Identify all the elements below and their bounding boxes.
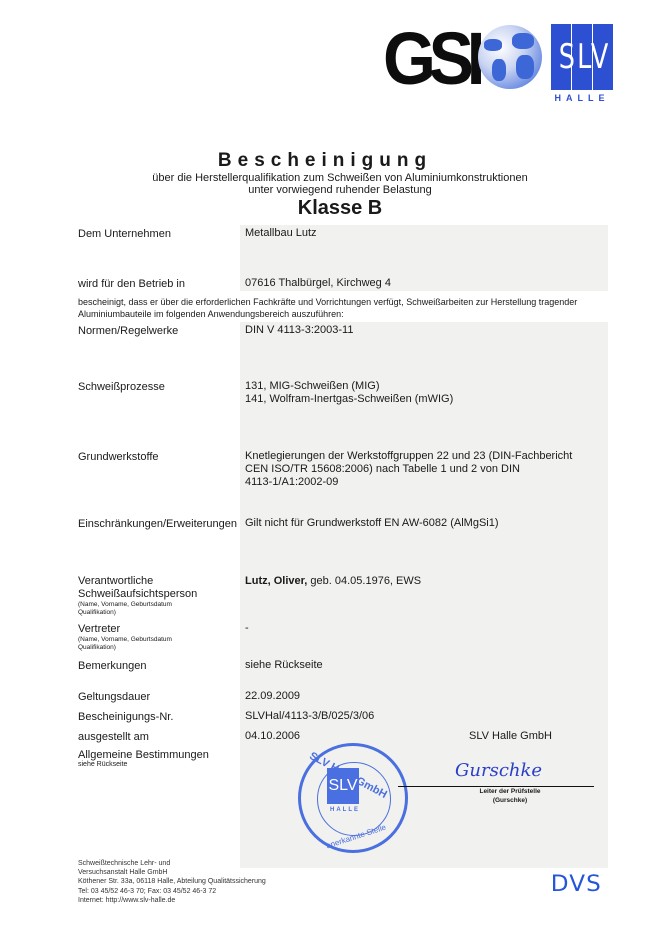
validity-value: 22.09.2009 [245, 690, 300, 703]
deputy-hint: (Name, Vorname, Geburtsdatum Qualifikati… [78, 636, 188, 652]
footer-line-2: Versuchsanstalt Halle GmbH [78, 868, 266, 877]
materials-label: Grundwerkstoffe [78, 451, 159, 463]
supervisor-label-2: Schweißaufsichtsperson [78, 588, 197, 600]
issuer-name: SLV Halle GmbH [469, 730, 552, 743]
location-value: 07616 Thalbürgel, Kirchweg 4 [245, 277, 391, 290]
company-label: Dem Unternehmen [78, 228, 171, 240]
signature-line [398, 786, 594, 787]
restrictions-label: Einschränkungen/Erweiterungen [78, 518, 237, 530]
footer-line-4: Tel: 03 45/52 46-3 70; Fax: 03 45/52 46-… [78, 887, 266, 896]
processes-value-1: 131, MIG-Schweißen (MIG) [245, 380, 379, 393]
stamp-slv-logo: SLV [327, 768, 359, 804]
supervisor-label: Verantwortliche Schweißaufsichtsperson (… [78, 575, 197, 617]
remarks-value: siehe Rückseite [245, 659, 323, 672]
restrictions-value: Gilt nicht für Grundwerkstoff EN AW-6082… [245, 517, 499, 530]
signature-caption-name: (Gurschke) [455, 797, 565, 804]
deputy-value: - [245, 622, 249, 635]
standards-value: DIN V 4113-3:2003-11 [245, 324, 353, 337]
general-terms-label: Allgemeine Bestimmungen siehe Rückseite [78, 749, 209, 769]
remarks-label: Bemerkungen [78, 660, 147, 672]
dvs-logo: DVS [551, 872, 602, 897]
processes-value-2: 141, Wolfram-Inertgas-Schweißen (mWIG) [245, 393, 453, 406]
intro-paragraph: bescheinigt, dass er über die erforderli… [78, 296, 608, 320]
cert-no-value: SLVHal/4113-3/B/025/3/06 [245, 710, 374, 723]
cert-no-label: Bescheinigungs-Nr. [78, 711, 173, 723]
class-heading: Klasse B [0, 197, 650, 220]
location-label: wird für den Betrieb in [78, 278, 185, 290]
stamp-halle-text: HALLE [325, 807, 365, 813]
signature: Gurschke [455, 760, 542, 781]
subtitle-line-1: über die Herstellerqualifikation zum Sch… [0, 172, 650, 184]
materials-value-1: Knetlegierungen der Werkstoffgruppen 22 … [245, 450, 572, 463]
footer-line-1: Schweißtechnische Lehr- und [78, 859, 266, 868]
general-terms-hint: siehe Rückseite [78, 761, 209, 769]
document-title: Bescheinigung [0, 150, 650, 172]
issued-label: ausgestellt am [78, 731, 149, 743]
materials-value-2: CEN ISO/TR 15608:2006) nach Tabelle 1 un… [245, 463, 520, 476]
materials-value-3: 4113-1/A1:2002-09 [245, 476, 338, 489]
subtitle-line-2: unter vorwiegend ruhender Belastung [0, 184, 650, 196]
supervisor-label-1: Verantwortliche [78, 575, 153, 587]
standards-label: Normen/Regelwerke [78, 325, 178, 337]
issued-value: 04.10.2006 [245, 730, 300, 743]
supervisor-value: Lutz, Oliver, geb. 04.05.1976, EWS [245, 575, 421, 588]
supervisor-details: geb. 04.05.1976, EWS [307, 575, 421, 587]
company-value: Metallbau Lutz [245, 227, 317, 240]
gsi-logo: GSI [383, 22, 478, 96]
deputy-label: Vertreter (Name, Vorname, Geburtsdatum Q… [78, 623, 188, 652]
deputy-label-text: Vertreter [78, 623, 120, 635]
footer-address: Schweißtechnische Lehr- und Versuchsanst… [78, 859, 266, 905]
general-terms-text: Allgemeine Bestimmungen [78, 749, 209, 761]
processes-label: Schweißprozesse [78, 381, 165, 393]
slv-logo: SLV [551, 24, 613, 90]
official-stamp: SLV Halle GmbH SLV HALLE anerkannte Stel… [298, 743, 408, 853]
signature-caption-role: Leiter der Prüfstelle [455, 788, 565, 795]
halle-logo-text: HALLE [551, 93, 613, 103]
supervisor-hint: (Name, Vorname, Geburtsdatum Qualifikati… [78, 601, 188, 617]
globe-icon [478, 25, 542, 89]
supervisor-name: Lutz, Oliver, [245, 575, 307, 587]
validity-label: Geltungsdauer [78, 691, 150, 703]
footer-line-3: Köthener Str. 33a, 06118 Halle, Abteilun… [78, 877, 266, 886]
footer-website: Internet: http://www.slv-halle.de [78, 896, 266, 905]
